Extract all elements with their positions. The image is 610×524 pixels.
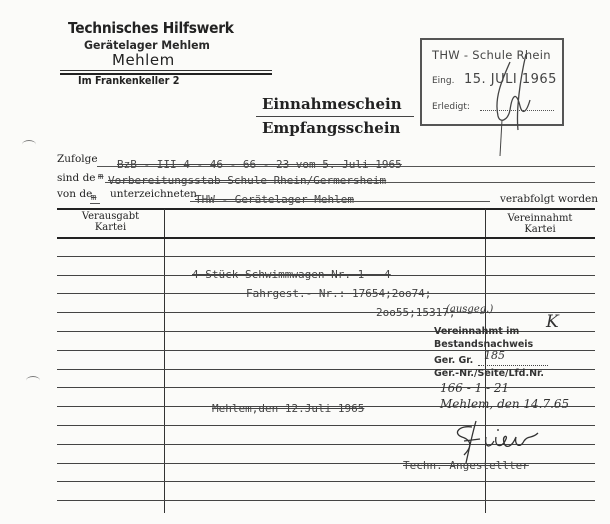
chassis-line-2: 2oo55;15317; [376,306,455,319]
punch-hole-mark [22,140,36,149]
stamp-initials-signature [480,50,540,160]
header-received-line1: Vereinnahmt [486,213,594,224]
reference-label: Zufolge [57,153,98,165]
sender-suffix: m [91,193,96,203]
reference-value: BzB - III 4 - 46 - 66 - 23 vom 5. Juli 1… [117,158,402,171]
sender-suffix-line [90,203,100,204]
handwritten-note: (ausgeg.) [446,304,493,315]
sender-label: unterzeichneten [110,188,197,200]
table-row-line [57,312,595,313]
table-row-line [57,237,595,239]
sender-line [190,201,490,202]
inventory-mark: K [546,312,559,332]
header-issued-line2: Kartei [57,222,164,233]
item-line: 4 Stück Schwimmwagen Nr. 1 - 4 [192,268,391,281]
punch-hole-mark [26,376,40,385]
handwritten-place-date: Mehlem, den 14.7.65 [440,397,569,411]
inventory-line-1: Vereinnahmt im [434,326,519,337]
header-issued-line1: Verausgabt [57,211,164,222]
receipt-stamp: THW - Schule Rhein Eing. 15. JULI 1965 E… [420,38,564,126]
table-top-border [57,208,595,210]
table-row-line [57,387,595,388]
recipient-suffix: m [98,172,103,182]
city-name: Mehlem [112,51,175,69]
stamp-received-label: Eing. [432,76,454,86]
header-received-line2: Kartei [486,224,594,235]
document-title: Einnahmeschein [262,95,402,113]
document-subtitle: Empfangsschein [262,119,400,137]
place-date: Mehlem,den 12.Juli 1965 [212,402,364,415]
title-divider [256,116,414,117]
stamp-done-label: Erledigt: [432,102,470,112]
column-divider-left [164,209,165,513]
group-line [478,365,548,366]
header-issued: Verausgabt Kartei [57,211,164,233]
table-row-line [57,481,595,482]
sender-label-prefix: von de [57,188,92,200]
chassis-line-1: Fahrgest.- Nr.: 17654;2oo74; [246,287,431,300]
number-label: Ger.-Nr./Seite/Lfd.Nr. [434,368,544,379]
handwritten-signature [450,415,550,465]
table-row-line [57,500,595,501]
organization-name: Technisches Hilfswerk [68,19,234,37]
department-name: Gerätelager Mehlem [84,38,210,52]
sender-value: THW - Gerätelager Mehlem [195,193,354,206]
letterhead-rule [60,70,272,71]
recipient-value: Vorbereitungsstab Schule Rhein/Germershe… [108,174,386,187]
number-value: 166 - 1 - 21 [440,381,509,395]
recipient-label: sind de [57,172,96,184]
closing-label: verabfolgt worden [500,193,598,205]
group-label: Ger. Gr. [434,355,473,366]
table-row-line [57,256,595,257]
group-value: 185 [484,349,505,362]
header-received: Vereinnahmt Kartei [486,213,594,235]
table-row-line [57,350,595,351]
street-address: Im Frankenkeller 2 [78,75,180,87]
